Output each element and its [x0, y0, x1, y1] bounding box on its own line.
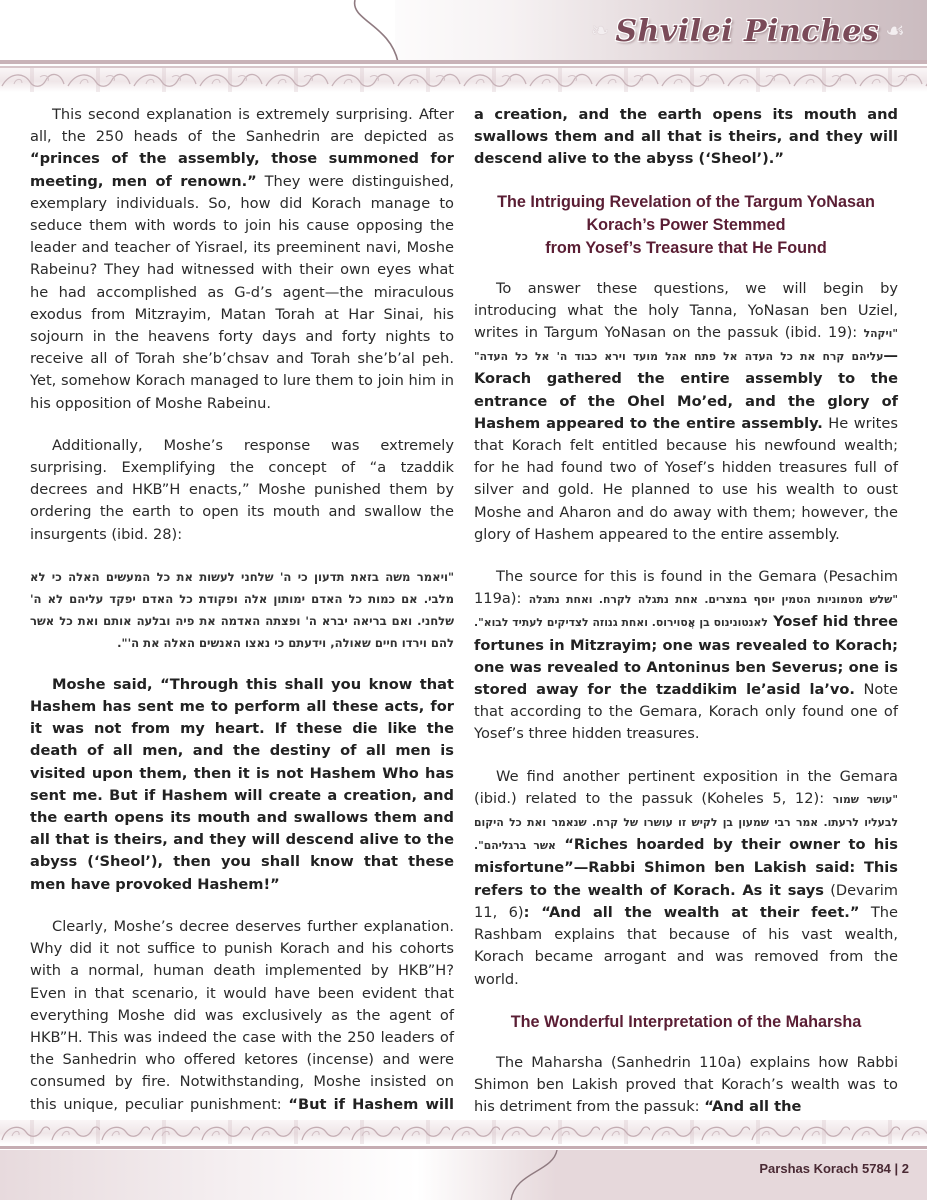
- bold-continuation: a creation, and the earth opens its mout…: [474, 104, 898, 171]
- paragraph: We find another pertinent exposition in …: [474, 766, 898, 991]
- header-divider-curve: [350, 0, 410, 62]
- body-text: To answer these questions, we will begin…: [474, 280, 898, 341]
- paragraph: The source for this is found in the Gema…: [474, 566, 898, 746]
- body-text: The Maharsha (Sanhedrin 110a) explains h…: [474, 1054, 898, 1115]
- swirl-ornament-icon: ☙: [885, 19, 905, 44]
- footer-rule: [0, 1146, 927, 1149]
- heading-line: from Yosef’s Treasure that He Found: [474, 237, 898, 260]
- swirl-ornament-icon: ❧: [591, 19, 609, 44]
- body-text: He writes that Korach felt entitled beca…: [474, 415, 898, 543]
- bold-translation-paragraph: Moshe said, “Through this shall you know…: [30, 674, 454, 896]
- body-text: Clearly, Moshe’s decree deserves further…: [30, 918, 454, 1113]
- paragraph: To answer these questions, we will begin…: [474, 278, 898, 546]
- section-heading-maharsha: The Wonderful Interpretation of the Maha…: [474, 1011, 898, 1034]
- body-text: They were distinguished, exemplary indiv…: [30, 173, 454, 412]
- hebrew-quote: "ויאמר משה בזאת תדעון כי ה' שלחני לעשות …: [30, 566, 454, 654]
- publication-brand: ❧ Shvilei Pinches ☙: [591, 10, 905, 52]
- paragraph: Additionally, Moshe’s response was extre…: [30, 435, 454, 546]
- heading-line: The Intriguing Revelation of the Targum …: [474, 191, 898, 214]
- footer-divider-curve: [505, 1150, 565, 1200]
- page-footer-label: Parshas Korach 5784 | 2: [759, 1161, 909, 1176]
- paragraph: Clearly, Moshe’s decree deserves further…: [30, 916, 454, 1138]
- header-ornament-border: [0, 68, 927, 92]
- publication-title: Shvilei Pinches: [615, 14, 879, 49]
- footer-ornament-border: [0, 1120, 927, 1144]
- section-heading-targum: The Intriguing Revelation of the Targum …: [474, 191, 898, 260]
- page-header: ❧ Shvilei Pinches ☙: [0, 0, 927, 100]
- bold-quote: : “And all the wealth at their feet.”: [524, 904, 860, 921]
- right-column: a creation, and the earth opens its mout…: [474, 104, 898, 1138]
- header-rule: [0, 60, 927, 64]
- header-left-area: [0, 0, 395, 62]
- left-column: This second explanation is extremely sur…: [30, 104, 454, 1158]
- page-footer: Parshas Korach 5784 | 2: [0, 1110, 927, 1200]
- heading-line: Korach’s Power Stemmed: [474, 214, 898, 237]
- paragraph: This second explanation is extremely sur…: [30, 104, 454, 415]
- body-text: This second explanation is extremely sur…: [30, 106, 454, 145]
- paragraph: The Maharsha (Sanhedrin 110a) explains h…: [474, 1052, 898, 1119]
